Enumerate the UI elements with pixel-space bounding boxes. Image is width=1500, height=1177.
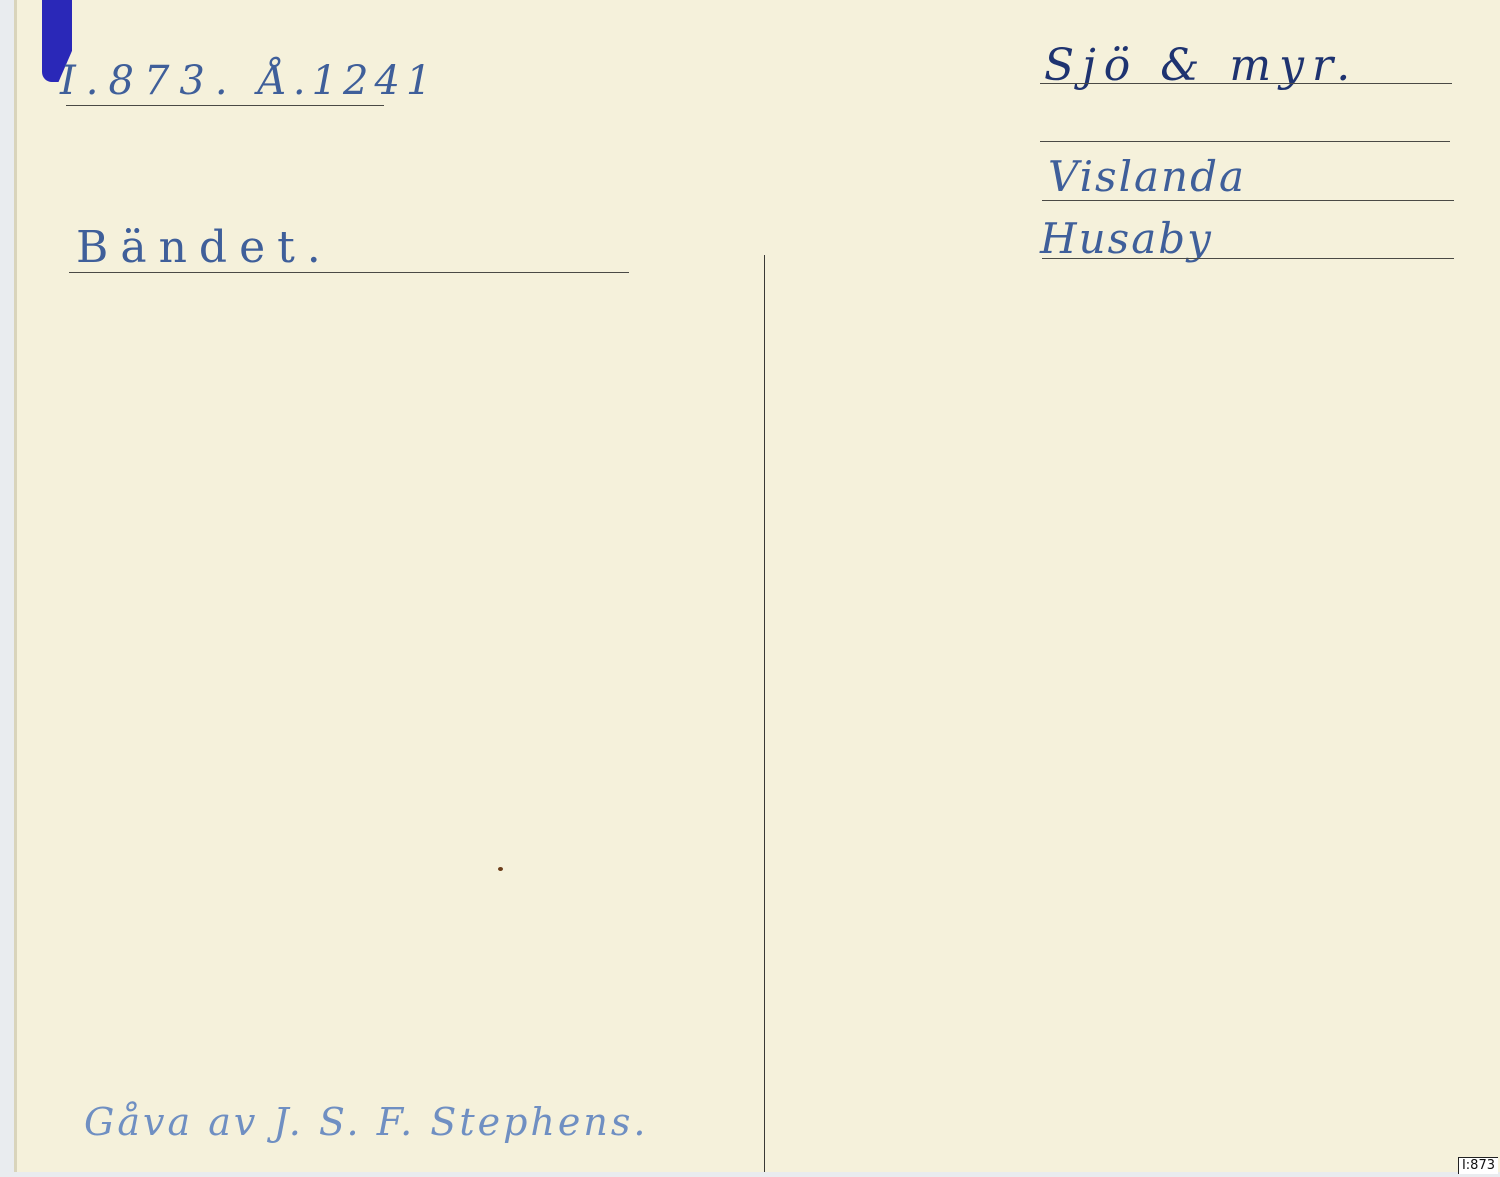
column-divider: [764, 255, 765, 1172]
donor-note: Gåva av J. S. F. Stephens.: [84, 1100, 648, 1144]
parish-text: Vislanda: [1048, 152, 1246, 201]
blank-line: [1040, 141, 1450, 142]
accession-number: Å.1241: [258, 58, 437, 104]
number-underline: [66, 105, 384, 106]
title-underline: [69, 272, 629, 273]
index-card: [16, 0, 1500, 1172]
catalog-number: I.873.: [60, 58, 238, 104]
card-edge: [14, 0, 17, 1172]
category-line: [1040, 83, 1452, 84]
catalog-id-label: I:873: [1458, 1157, 1498, 1174]
object-title: Bändet.: [76, 222, 333, 273]
locality-line: [1042, 258, 1454, 259]
locality-text: Husaby: [1040, 214, 1213, 263]
ink-speck: [498, 867, 503, 871]
parish-line: [1042, 200, 1454, 201]
